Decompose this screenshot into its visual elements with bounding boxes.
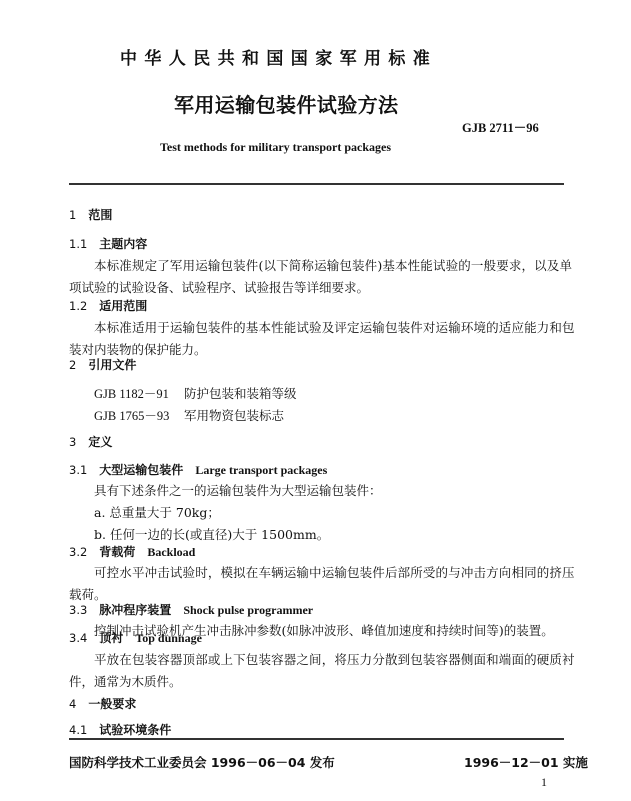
section-4-heading: 4一般要求 [69,695,136,712]
section-1-1-heading: 1.1主题内容 [69,235,147,252]
english-title: Test methods for military transport pack… [160,140,391,155]
section-number: 3.2 [69,545,87,559]
section-number: 3 [69,435,76,449]
section-title: 顶衬 [99,631,123,645]
section-title: 脉冲程序装置 [99,603,171,617]
issued-by-date: 国防科学技术工业委员会 1996－06－04 发布 [69,753,335,771]
section-title: 背载荷 [99,545,135,559]
paragraph-line: 可控水平冲击试验时，模拟在车辆运输中运输包装件后部所受的与冲击方向相同的挤压 [94,563,575,581]
reference-item: GJB 1765－93军用物资包装标志 [94,406,284,424]
page-number: 1 [541,775,547,790]
effective-date: 1996－12－01 实施 [464,753,588,771]
reference-code: GJB 1765－93 [94,406,184,424]
section-title: 引用文件 [88,358,136,372]
national-standard-heading: 中华人民共和国国家军用标准 [120,44,437,69]
list-item-a: a. 总重量大于 70kg； [94,503,220,521]
section-3-4-heading: 3.4顶衬Top dunnage [69,629,202,646]
section-3-1-heading: 3.1大型运输包装件Large transport packages [69,461,327,478]
english-term: Shock pulse programmer [183,603,313,617]
reference-code: GJB 1182－91 [94,384,184,402]
section-number: 2 [69,358,76,372]
section-3-heading: 3定义 [69,433,112,450]
document-title: 军用运输包装件试验方法 [174,89,398,118]
section-number: 3.3 [69,603,87,617]
paragraph-line: 本标准适用于运输包装件的基本性能试验及评定运输包装件对运输环境的适应能力和包 [94,318,575,336]
section-4-1-heading: 4.1试验环境条件 [69,721,171,738]
section-number: 3.1 [69,463,87,477]
section-number: 4.1 [69,723,87,737]
section-1-2-heading: 1.2适用范围 [69,297,147,314]
section-number: 3.4 [69,631,87,645]
section-title: 一般要求 [88,697,136,711]
standard-code: GJB 2711－96 [462,118,539,136]
section-title: 试验环境条件 [99,723,171,737]
footer-divider [69,738,564,740]
section-number: 1.1 [69,237,87,251]
reference-title: 军用物资包装标志 [184,408,284,423]
reference-title: 防护包装和装箱等级 [184,386,297,401]
english-term: Top dunnage [135,631,202,645]
section-3-3-heading: 3.3脉冲程序装置Shock pulse programmer [69,601,313,618]
section-3-2-heading: 3.2背载荷Backload [69,543,195,560]
section-title: 主题内容 [99,237,147,251]
english-term: Backload [147,545,195,559]
section-title: 定义 [88,435,112,449]
section-number: 1 [69,208,76,222]
list-item-b: b. 任何一边的长(或直径)大于 1500mm。 [94,525,329,543]
english-term: Large transport packages [195,463,327,477]
section-title: 大型运输包装件 [99,463,183,477]
section-title: 范围 [88,208,112,222]
paragraph-line: 平放在包装容器顶部或上下包装容器之间，将压力分散到包装容器侧面和端面的硬质衬 [94,650,575,668]
reference-item: GJB 1182－91防护包装和装箱等级 [94,384,297,402]
section-2-heading: 2引用文件 [69,356,136,373]
section-title: 适用范围 [99,299,147,313]
section-number: 1.2 [69,299,87,313]
section-1-heading: 1范围 [69,206,112,223]
paragraph-line: 本标准规定了军用运输包装件(以下简称运输包装件)基本性能试验的一般要求，以及单 [94,256,572,274]
paragraph-line: 件，通常为木质件。 [69,672,182,690]
header-divider [69,183,564,185]
paragraph-line: 具有下述条件之一的运输包装件为大型运输包装件： [94,481,382,499]
paragraph-line: 项试验的试验设备、试验程序、试验报告等详细要求。 [69,278,369,296]
section-number: 4 [69,697,76,711]
